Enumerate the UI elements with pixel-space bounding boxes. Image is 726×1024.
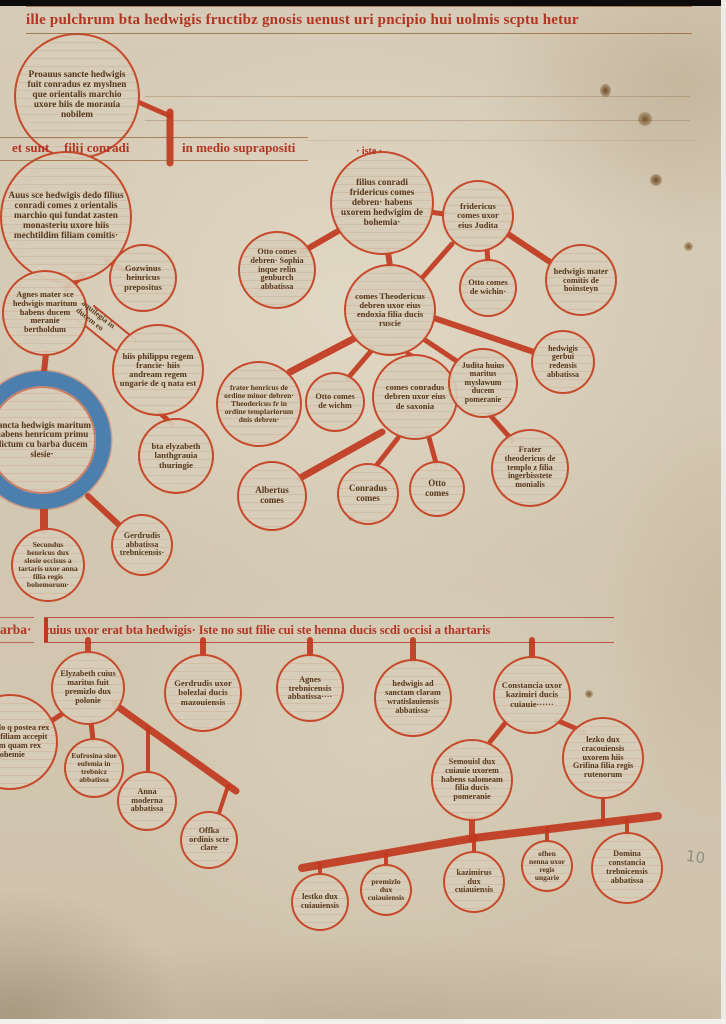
tree-node-label: Secundus henricus dux slesie occisus a t… [18, 541, 78, 590]
tree-node-label: przemizlo q postea rex polonie filiam ac… [0, 724, 51, 759]
tree-node-label: Otto comes de wichin· [466, 279, 510, 297]
tree-node-label: premizlo dux cuiauiensis [367, 878, 405, 903]
tree-node-label: lestko dux cuiauiensis [298, 893, 342, 911]
connector-line [88, 496, 118, 524]
tree-node-offka: Offka ordinis scte clare [180, 811, 238, 869]
tree-node-frater-henricus: frater henricus de ordine minor debren· … [216, 361, 302, 447]
tree-node-otto-wichin: Otto comes de wichin· [459, 259, 517, 317]
band-text: arba· [0, 622, 32, 638]
connector-line [219, 786, 228, 813]
tree-node-anna: Anna moderna abbatissa [117, 771, 177, 831]
tree-node-label: Constancia uxor kazimiri ducis cuiauie··… [500, 681, 564, 709]
connector-line [348, 350, 372, 378]
tree-node-label: Proauus sancte hedwigis fuit conradus ez… [21, 71, 133, 121]
tree-node-label: kazimirus dux cuiauiensis [450, 869, 498, 895]
tree-node-label: Auus sce hedwigis dedo filius conradi co… [7, 192, 125, 242]
tree-node-label: Frater theodericus de templo z filia ing… [498, 446, 562, 490]
tree-node-frater-theodericus: Frater theodericus de templo z filia ing… [491, 429, 569, 507]
tree-node-label: hedwigis mater comitis de hoinsteyn [552, 267, 610, 294]
connector-line [290, 338, 355, 372]
tree-node-label: Albertus comes [244, 486, 300, 505]
bottom-band: cuius uxor erat bta hedwigis· Iste no su… [44, 617, 614, 643]
tree-node-filius-conradi: filius conradi fridericus comes debren· … [330, 151, 434, 255]
tree-node-elyzabeth: Elyzabeth cuius maritus fuit premizlo du… [51, 651, 125, 725]
tree-node-ofhen: ofhen nenna uxor regis ungarie [521, 840, 573, 892]
band-text: filij conradi [64, 140, 129, 156]
tree-node-label: Offka ordinis scte clare [187, 827, 231, 853]
tree-node-gerdrudis-uxor: Gerdrudis uxor bolezlai ducis mazouiensi… [164, 654, 242, 732]
tree-node-elyzabeth-lanth: bta elyzabeth lanthgrauia thuringie [138, 418, 214, 494]
tree-node-kazimirus: kazimirus dux cuiauiensis [443, 851, 505, 913]
tree-node-gozwinus: Gozwinus heinricus prepositus [109, 244, 177, 312]
tree-node-label: Semouisl dux cuiauie uxorem habens salom… [438, 758, 506, 802]
tree-node-label: Domina constancia trebnicensis abbatissa [598, 850, 656, 885]
tree-node-label: Gerdrudis uxor bolezlai ducis mazouiensi… [171, 679, 235, 707]
tree-node-conradus-comes: Conradus comes [337, 463, 399, 525]
tree-node-label: Anna moderna abbatissa [124, 788, 170, 814]
tree-node-label: Elyzabeth cuius maritus fuit premizlo du… [58, 670, 118, 705]
tree-node-otto-debren: Otto comes debren· Sophia inque relin ge… [238, 231, 316, 309]
band-text: et sunt [12, 140, 49, 156]
tree-node-label: Agnes mater sce hedwigis maritum habens … [9, 291, 81, 335]
photo-edge-right [721, 0, 726, 1024]
top-banner: ille pulchrum bta hedwigis fructibz gnos… [26, 6, 692, 34]
tree-node-hedwigis-gerbui: hedwigis gerbui redensis abbatissa [531, 330, 595, 394]
tree-node-label: Agnes trebnicensis abbatissa···· [283, 675, 337, 702]
tree-node-label: Otto comes debren· Sophia inque relin ge… [245, 248, 309, 292]
tree-node-label: Otto comes [416, 479, 458, 498]
manuscript-page: ille pulchrum bta hedwigis fructibz gnos… [0, 0, 726, 1024]
photo-edge-top [0, 0, 726, 6]
tree-node-domina-constancia: Domina constancia trebnicensis abbatissa [591, 832, 663, 904]
tree-node-label: Eufrosina siue eufemia in trebnicz abbat… [71, 752, 117, 784]
tree-node-hedwigis-clara: hedwigis ad sanctam claram wratislauiens… [374, 659, 452, 737]
tree-node-label: frater henricus de ordine minor debren· … [223, 384, 295, 425]
tree-node-agnes-trebn: Agnes trebnicensis abbatissa···· [276, 654, 344, 722]
tree-node-label: hedwigis ad sanctam claram wratislauiens… [381, 680, 445, 715]
tree-node-label: comes conradus debren uxor eius de saxon… [379, 383, 451, 411]
page-number: 10 [685, 847, 706, 867]
connector-line [376, 438, 398, 466]
tree-node-constancia: Constancia uxor kazimiri ducis cuiauie··… [493, 656, 571, 734]
tree-node-premizlo-dux: premizlo dux cuiauiensis [360, 864, 412, 916]
tree-node-semouisl: Semouisl dux cuiauie uxorem habens salom… [431, 739, 513, 821]
tree-node-otto-comes: Otto comes [409, 461, 465, 517]
photo-edge-bottom [0, 1019, 726, 1024]
connector-line [434, 318, 534, 352]
tree-node-conradus-debren: comes conradus debren uxor eius de saxon… [372, 354, 458, 440]
tree-node-label: Gozwinus heinricus prepositus [116, 264, 170, 291]
tree-node-label: bta elyzabeth lanthgrauia thuringie [145, 442, 207, 470]
tree-node-otto-wichm: Otto comes de wichm [305, 372, 365, 432]
tree-node-label: hedwigis gerbui redensis abbatissa [538, 345, 588, 379]
tree-node-albertus: Albertus comes [237, 461, 307, 531]
tree-node-eufrosina: Eufrosina siue eufemia in trebnicz abbat… [64, 738, 124, 798]
tree-node-label: hiis philippu regem francie· hiis andrea… [119, 352, 197, 389]
tree-node-label: Judita huius maritus myslawum ducem pome… [455, 362, 511, 405]
tree-node-label: filius conradi fridericus comes debren· … [337, 178, 427, 227]
tree-node-theodericus: comes Theodericus debren uxor eius endox… [344, 264, 436, 356]
connector-line [508, 234, 550, 262]
tree-node-secundus-henricus: Secundus henricus dux slesie occisus a t… [11, 528, 85, 602]
connector-line [422, 244, 452, 278]
connector-line [428, 434, 436, 463]
tree-node-lestko: lestko dux cuiauiensis [291, 873, 349, 931]
tree-node-judita: Judita huius maritus myslawum ducem pome… [448, 348, 518, 418]
tree-node-label: comes Theodericus debren uxor eius endox… [351, 292, 429, 329]
tree-node-label: Conradus comes [344, 484, 392, 503]
generation-band: et sunt filij conradi in medio supraposi… [0, 137, 308, 161]
tree-node-lezko: lezko dux cracouiensis uxorem hiis Grifi… [562, 717, 644, 799]
tree-node-label: Sancta hedwigis maritum habens henricum … [0, 421, 91, 460]
tree-node-label: ofhen nenna uxor regis ungarie [528, 850, 566, 882]
bottom-band-fragment: arba· [0, 617, 34, 643]
tree-node-label: lezko dux cracouiensis uxorem hiis Grifi… [569, 736, 637, 780]
tree-node-label: fridericus comes uxor eius Judita [449, 202, 507, 230]
connector-line [490, 722, 506, 742]
top-banner-text: ille pulchrum bta hedwigis fructibz gnos… [26, 12, 579, 29]
tree-node-gerdrudis-abbatissa: Gerdrudis abbatissa trebnicensis· [111, 514, 173, 576]
tree-node-label: Otto comes de wichm [312, 393, 358, 411]
tree-node-fridericus: fridericus comes uxor eius Judita [442, 180, 514, 252]
band-text: in medio suprapositi [182, 140, 295, 156]
tree-node-label: Gerdrudis abbatissa trebnicensis· [118, 532, 166, 558]
label-iste: · iste · [356, 146, 400, 157]
connector-line [138, 102, 170, 116]
band-text: cuius uxor erat bta hedwigis· Iste no su… [44, 623, 490, 638]
tree-node-hedwigis-mater: hedwigis mater comitis de hoinsteyn [545, 244, 617, 316]
